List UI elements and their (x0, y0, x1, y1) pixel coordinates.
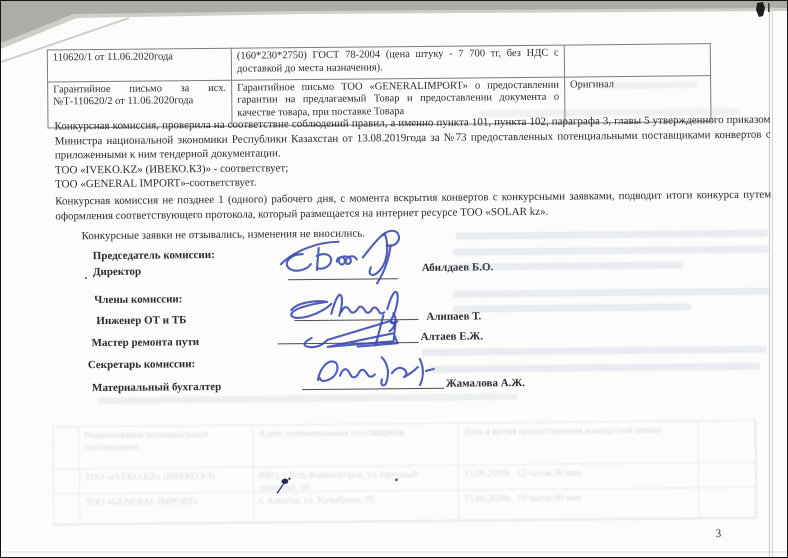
label-track-master: Мастер ремонта пути (92, 336, 200, 349)
bleedthrough-cell (54, 494, 80, 524)
scanned-document-page: 110620/1 от 11.06.2020года (160*230*2750… (0, 0, 788, 558)
bleedthrough-cell: Наименование потенциальных поставщиков (79, 426, 253, 470)
label-engineer: Инженер ОТ и ТБ (96, 314, 186, 327)
page-number: 3 (715, 528, 721, 540)
bleedthrough-cell (53, 427, 79, 469)
bleedthrough-line (453, 288, 769, 298)
bleedthrough-line (453, 261, 683, 270)
bleedthrough-cell: Адрес потенциальных поставщиков (253, 424, 458, 468)
bleedthrough-cell: Дата и время предоставления конкурсной з… (458, 421, 698, 465)
bleedthrough-line (597, 81, 697, 89)
bleedthrough-cell (54, 469, 80, 494)
paragraph-results-protocol: Конкурсная комиссия не позднее 1 (одного… (55, 188, 771, 224)
body-text: Конкурсная комиссия, проверила на соотве… (54, 113, 771, 245)
table-cell-doc-ref: 110620/1 от 11.06.2020года (47, 48, 231, 81)
bleedthrough-line (430, 363, 760, 373)
bleedthrough-cell: 15.06.2020г., 12 часов 30 мин (459, 463, 699, 490)
name-zhamalova: Жамалова А.Ж. (446, 377, 525, 390)
bleedthrough-cell: ТОО «IVEKO.KZ» (ИВЕКО.КЗ) (80, 468, 254, 495)
label-director: Директор (93, 266, 141, 278)
ink-splatter (275, 476, 299, 496)
table-cell-original (564, 44, 710, 77)
ink-dot (85, 277, 87, 279)
signature-altayev-scribble (297, 315, 427, 352)
bleedthrough-cell (698, 421, 755, 464)
bleedthrough-line (422, 346, 767, 356)
bleedthrough-cell: ТОО «GENERAL IMPORT» (80, 493, 254, 525)
bleedthrough-line (97, 393, 517, 404)
bleedthrough-line (453, 246, 769, 256)
table-cell-description: (160*230*2750) ГОСТ 78-2004 (цена штуку … (231, 45, 564, 80)
ink-dot (395, 478, 398, 481)
signature-zhamalova-scribble (308, 351, 450, 392)
bleedthrough-cell (699, 488, 756, 519)
label-members: Члены комиссии: (94, 293, 182, 306)
bleedthrough-cell: 15.06.2020г., 10 часов 00 мин (459, 488, 699, 520)
bleedthrough-table: Наименование потенциальных поставщиков А… (52, 420, 757, 526)
page-content: 110620/1 от 11.06.2020года (160*230*2750… (0, 0, 788, 558)
bleedthrough-cell (699, 463, 756, 489)
bleedthrough-line (453, 303, 691, 312)
signature-abildayev-scribble (275, 227, 411, 286)
paragraph-commission-check: Конкурсная комиссия, проверила на соотве… (54, 113, 770, 164)
label-accountant: Материальный бухгалтер (92, 381, 221, 394)
label-secretary: Секретарь комиссии: (88, 358, 196, 371)
name-altayev: Алтаев Е.Ж. (420, 330, 483, 343)
label-chairman: Председатель комиссии: (93, 249, 215, 262)
